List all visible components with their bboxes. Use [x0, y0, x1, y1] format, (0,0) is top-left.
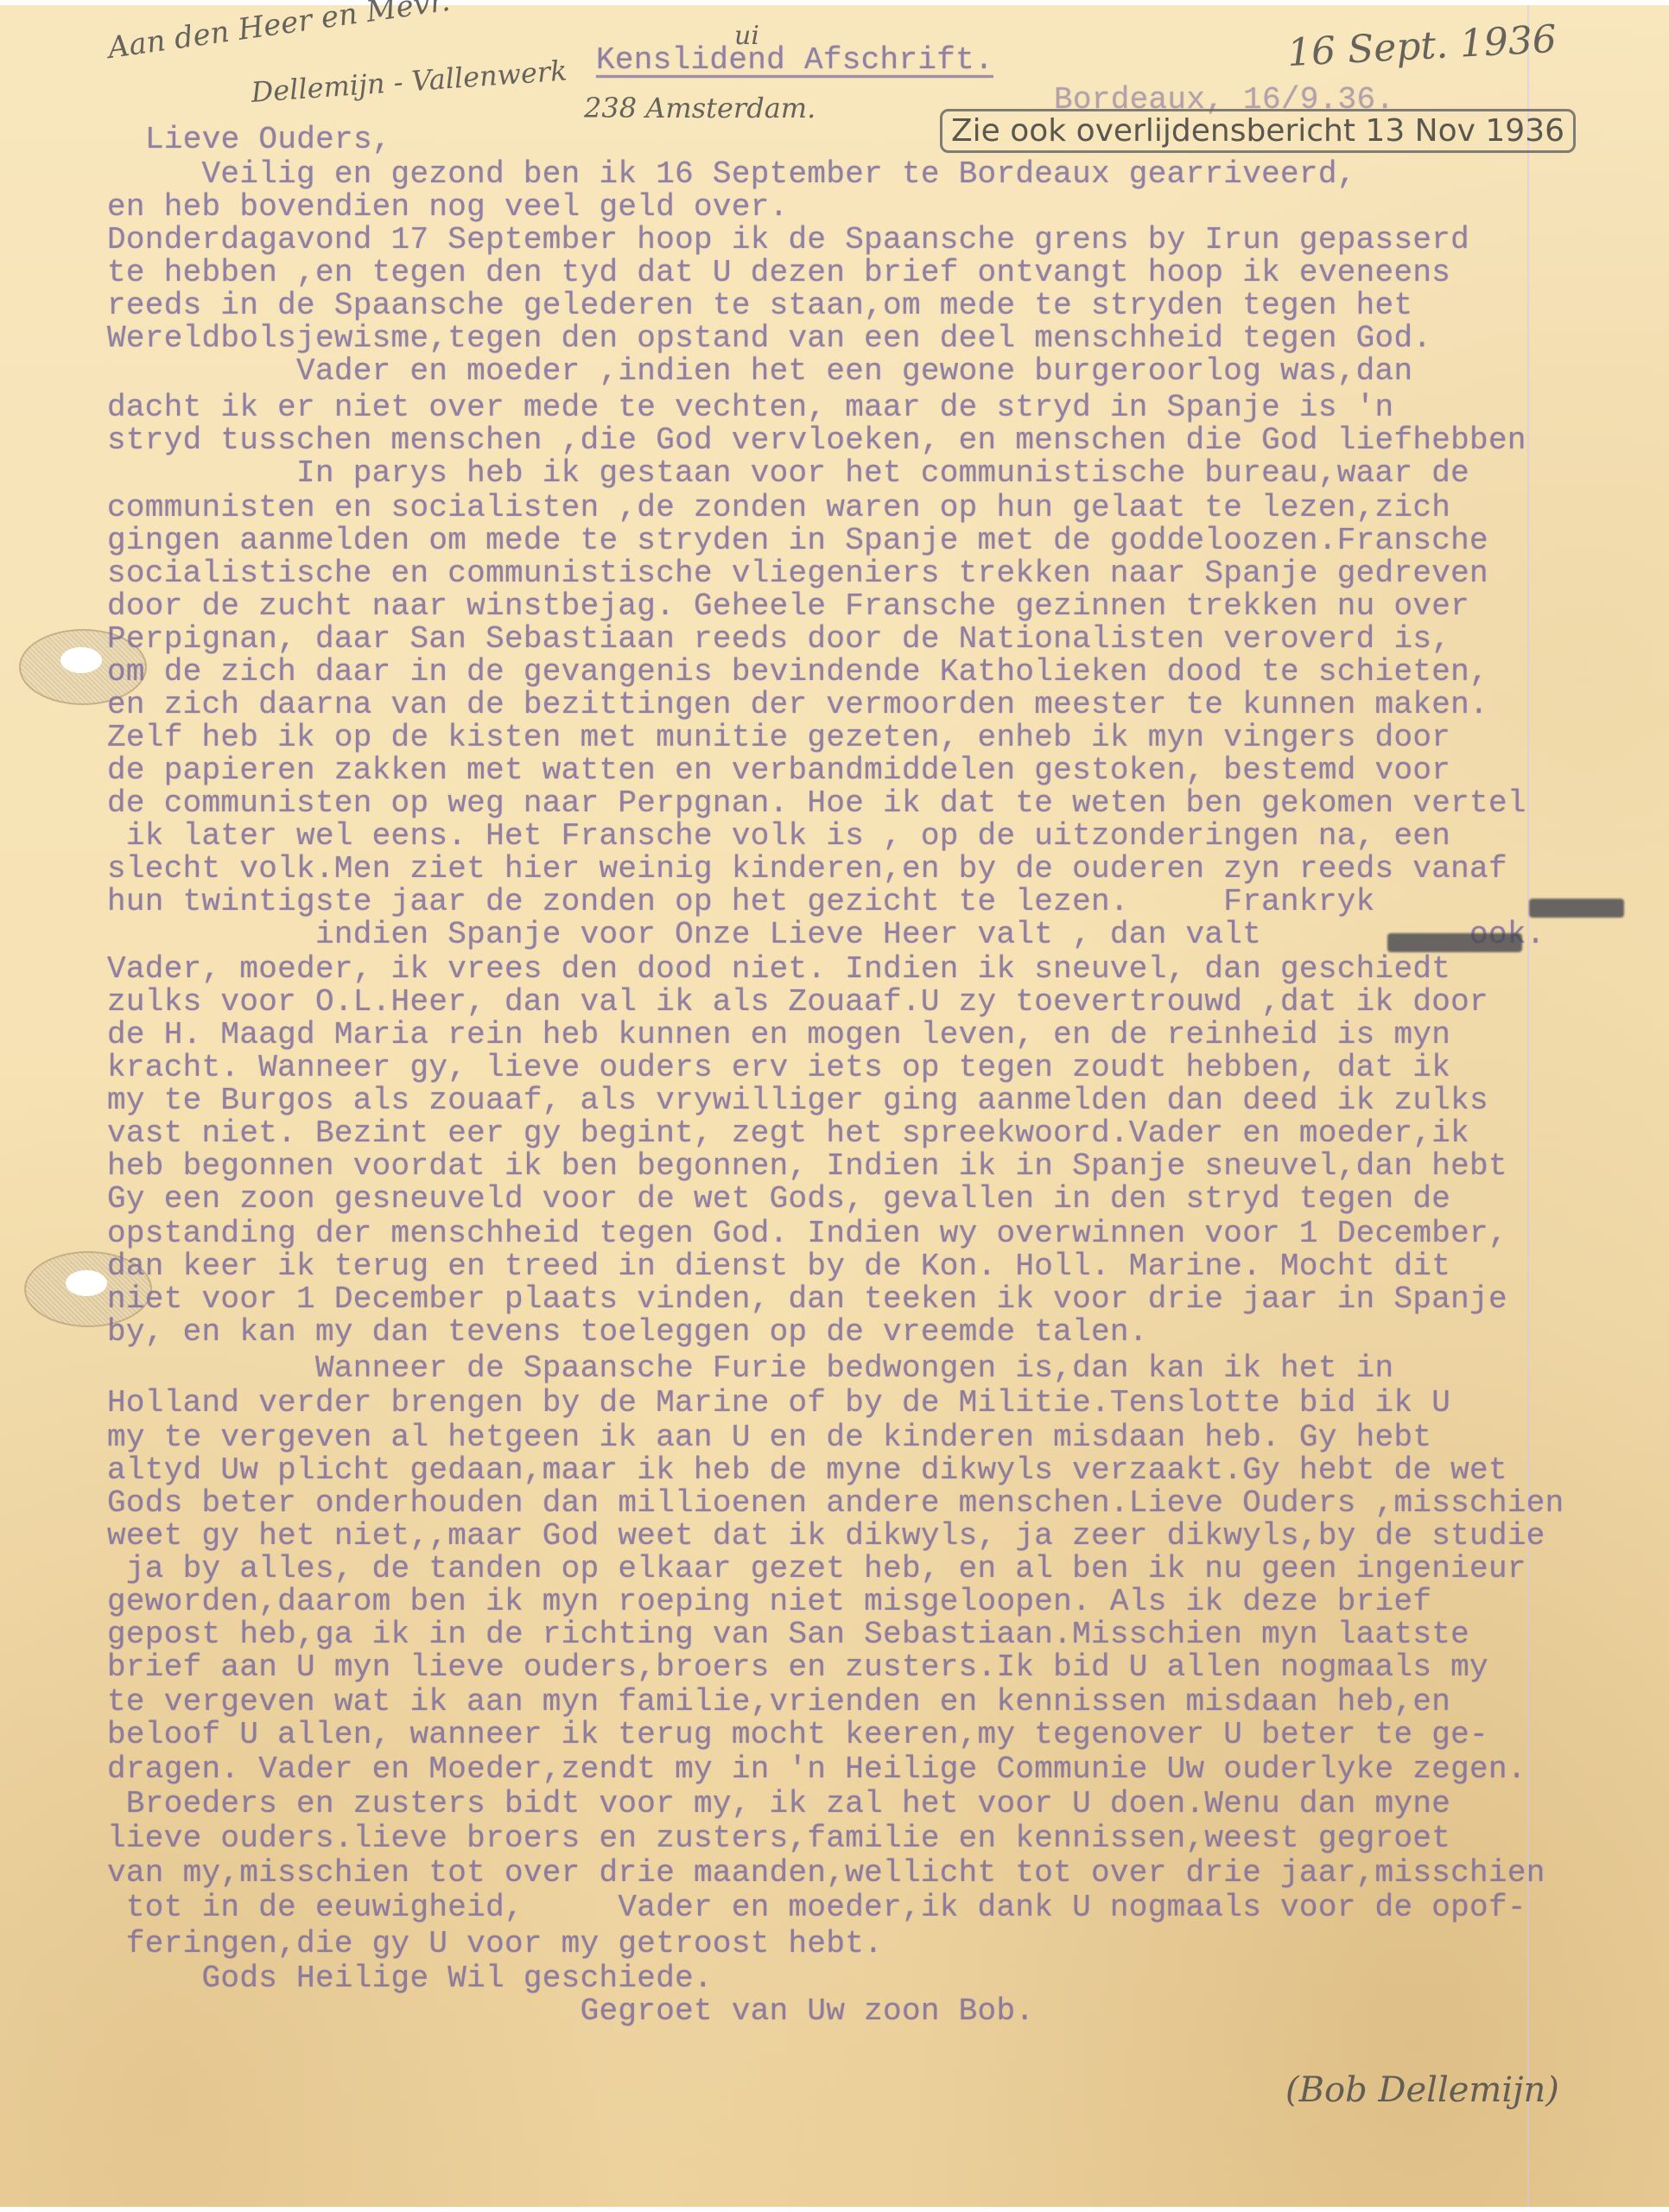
body-line: de H. Maagd Maria rein heb kunnen en mog… — [107, 1020, 1450, 1051]
body-line: my te vergeven al hetgeen ik aan U en de… — [107, 1422, 1431, 1453]
body-line: lieve ouders.lieve broers en zusters,fam… — [107, 1823, 1450, 1854]
body-line: de communisten op weg naar Perpgnan. Hoe… — [107, 788, 1526, 819]
body-line: dacht ik er niet over mede te vechten, m… — [107, 392, 1393, 423]
handwritten-address-line-2: Dellemijn - Vallenwerk — [250, 54, 568, 109]
redaction-mark — [1387, 933, 1522, 952]
closing-line: Gegroet van Uw zoon Bob. — [107, 1996, 1034, 2027]
body-line: en zich daarna van de bezittingen der ve… — [107, 690, 1488, 721]
body-line: dragen. Vader en Moeder,zendt my in 'n H… — [107, 1754, 1526, 1785]
letter-page: Aan den Heer en Mevr. Dellemijn - Vallen… — [0, 5, 1669, 2207]
body-line: zulks voor O.L.Heer, dan val ik als Zoua… — [107, 987, 1488, 1018]
body-line: niet voor 1 December plaats vinden, dan … — [107, 1284, 1507, 1315]
body-line: door de zucht naar winstbejag. Geheele F… — [107, 591, 1469, 622]
body-line: te vergeven wat ik aan myn familie,vrien… — [107, 1687, 1450, 1718]
body-line: slecht volk.Men ziet hier weinig kindere… — [107, 854, 1507, 885]
body-line: geworden,daarom ben ik myn roeping niet … — [107, 1586, 1431, 1618]
body-line: van my,misschien tot over drie maanden,w… — [107, 1858, 1545, 1889]
body-line: tot in de eeuwigheid, Vader en moeder,ik… — [107, 1892, 1526, 1923]
punch-hole-top — [60, 647, 102, 673]
body-line: ja by alles, de tanden op elkaar gezet h… — [107, 1554, 1526, 1585]
handwritten-signature: (Bob Dellemijn) — [1285, 2070, 1559, 2110]
body-line: Wereldbolsjewisme,tegen den opstand van … — [107, 323, 1431, 354]
body-line: my te Burgos als zouaaf, als vrywilliger… — [107, 1085, 1488, 1116]
body-line: gepost heb,ga ik in de richting van San … — [107, 1619, 1469, 1650]
body-line: altyd Uw plicht gedaan,maar ik heb de my… — [107, 1455, 1507, 1486]
body-line: Gods Heilige Wil geschiede. — [107, 1963, 713, 1994]
body-line: by, en kan my dan tevens toeleggen op de… — [107, 1317, 1148, 1348]
body-line: om de zich daar in de gevangenis bevinde… — [107, 657, 1488, 688]
body-line: dan keer ik terug en treed in dienst by … — [107, 1251, 1450, 1282]
body-line: Holland verder brengen by de Marine of b… — [107, 1388, 1450, 1419]
body-line: reeds in de Spaansche gelederen te staan… — [107, 290, 1412, 321]
body-line: vast niet. Bezint eer gy begint, zegt he… — [107, 1118, 1469, 1149]
body-line: feringen,die gy U voor my getroost hebt. — [107, 1929, 883, 1960]
body-line: heb begonnen voordat ik ben begonnen, In… — [107, 1151, 1507, 1182]
body-line: opstanding der menschheid tegen God. Ind… — [107, 1218, 1507, 1249]
body-line: socialistische en communistische vliegen… — [107, 558, 1488, 589]
redaction-mark — [1529, 899, 1624, 918]
body-line: Wanneer de Spaansche Furie bedwongen is,… — [107, 1353, 1393, 1384]
body-line: indien Spanje voor Onze Lieve Heer valt … — [107, 919, 1545, 950]
boxed-death-notice-note: Zie ook overlijdensbericht 13 Nov 1936 — [940, 109, 1576, 153]
body-line: en heb bovendien nog veel geld over. — [107, 192, 789, 223]
handwritten-date: 16 Sept. 1936 — [1286, 17, 1558, 75]
body-line: de papieren zakken met watten en verband… — [107, 755, 1450, 786]
salutation: Lieve Ouders, — [145, 124, 391, 156]
body-line: te hebben ,en tegen den tyd dat U dezen … — [107, 257, 1450, 289]
handwritten-address-line-3: 238 Amsterdam. — [584, 92, 815, 124]
body-line: Broeders en zusters bidt voor my, ik zal… — [107, 1789, 1450, 1820]
body-line: beloof U allen, wanneer ik terug mocht k… — [107, 1719, 1488, 1751]
body-line: ik later wel eens. Het Fransche volk is … — [107, 821, 1450, 852]
body-line: weet gy het niet,,maar God weet dat ik d… — [107, 1521, 1545, 1552]
body-line: communisten en socialisten ,de zonden wa… — [107, 493, 1450, 524]
body-line: Perpignan, daar San Sebastiaan reeds doo… — [107, 624, 1450, 655]
body-line: Veilig en gezond ben ik 16 September te … — [107, 159, 1356, 190]
body-line: Vader, moeder, ik vrees den dood niet. I… — [107, 954, 1450, 985]
body-line: In parys heb ik gestaan voor het communi… — [107, 458, 1469, 489]
document-heading: Kenslidend Afschrift. — [596, 45, 993, 76]
body-line: Donderdagavond 17 September hoop ik de S… — [107, 225, 1469, 256]
heading-insert-correction: ui — [734, 21, 759, 51]
body-line: Gy een zoon gesneuveld voor de wet Gods,… — [107, 1184, 1450, 1215]
body-line: kracht. Wanneer gy, lieve ouders erv iet… — [107, 1052, 1450, 1084]
body-line: Gods beter onderhouden dan millioenen an… — [107, 1488, 1564, 1519]
punch-hole-bottom — [66, 1270, 107, 1296]
body-line: hun twintigste jaar de zonden op het gez… — [107, 887, 1375, 918]
body-line: brief aan U myn lieve ouders,broers en z… — [107, 1652, 1488, 1683]
body-line: gingen aanmelden om mede te stryden in S… — [107, 525, 1488, 556]
handwritten-address-line-1: Aan den Heer en Mevr. — [105, 0, 452, 66]
body-line: Vader en moeder ,indien het een gewone b… — [107, 356, 1412, 387]
body-line: Zelf heb ik op de kisten met munitie gez… — [107, 722, 1450, 753]
body-line: stryd tusschen menschen ,die God vervloe… — [107, 425, 1526, 456]
